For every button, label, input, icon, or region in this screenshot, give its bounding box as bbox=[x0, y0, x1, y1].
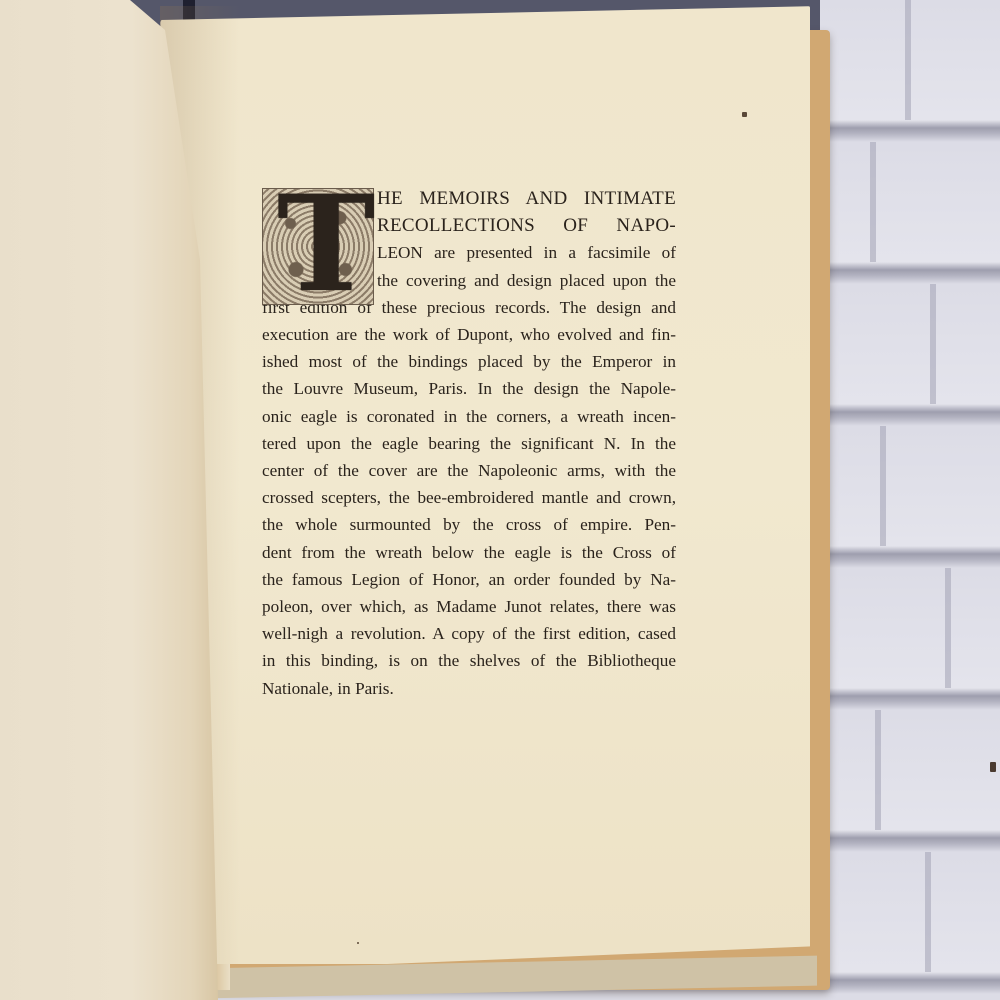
text-line: ished most of the bindings placed by the… bbox=[262, 348, 676, 375]
brick-mortar-joint bbox=[875, 710, 881, 830]
brick-mortar-joint bbox=[945, 568, 951, 688]
text-line: tered upon the eagle bearing the signifi… bbox=[262, 430, 676, 457]
brick-mortar-joint bbox=[880, 426, 886, 546]
text-line: dent from the wreath below the eagle is … bbox=[262, 539, 676, 566]
text-line: onic eagle is coronated in the corners, … bbox=[262, 403, 676, 430]
text-line: crossed scepters, the bee-embroidered ma… bbox=[262, 484, 676, 511]
text-line-last: Nationale, in Paris. bbox=[262, 675, 676, 702]
drop-cap-letter: T bbox=[277, 179, 375, 311]
text-line: execution are the work of Dupont, who ev… bbox=[262, 321, 676, 348]
page-text-block: T HE MEMOIRS AND INTIMATE RECOLLECTIONS … bbox=[262, 185, 676, 702]
text-line: the famous Legion of Honor, an order fou… bbox=[262, 566, 676, 593]
text-line: poleon, over which, as Madame Junot rela… bbox=[262, 593, 676, 620]
text-line: the whole surmounted by the cross of emp… bbox=[262, 511, 676, 538]
brick-mortar-joint bbox=[905, 0, 911, 120]
text-line: RECOLLECTIONS OF NAPO- bbox=[377, 212, 676, 239]
text-line: HE MEMOIRS AND INTIMATE bbox=[377, 185, 676, 212]
text-line: well-nigh a revolution. A copy of the fi… bbox=[262, 620, 676, 647]
brick-mortar-joint bbox=[925, 852, 931, 972]
text-line: center of the cover are the Napoleonic a… bbox=[262, 457, 676, 484]
wall-speck bbox=[990, 762, 996, 772]
brick-mortar-joint bbox=[870, 142, 876, 262]
text-line: the covering and design placed upon the bbox=[377, 267, 676, 294]
paper-speck bbox=[357, 942, 359, 944]
ornamental-drop-cap: T bbox=[262, 188, 374, 305]
text-line: the Louvre Museum, Paris. In the design … bbox=[262, 375, 676, 402]
text-line: in this binding, is on the shelves of th… bbox=[262, 647, 676, 674]
text-line: LEON are presented in a facsimile of bbox=[377, 239, 676, 266]
paper-speck bbox=[742, 112, 747, 117]
brick-mortar-joint bbox=[930, 284, 936, 404]
